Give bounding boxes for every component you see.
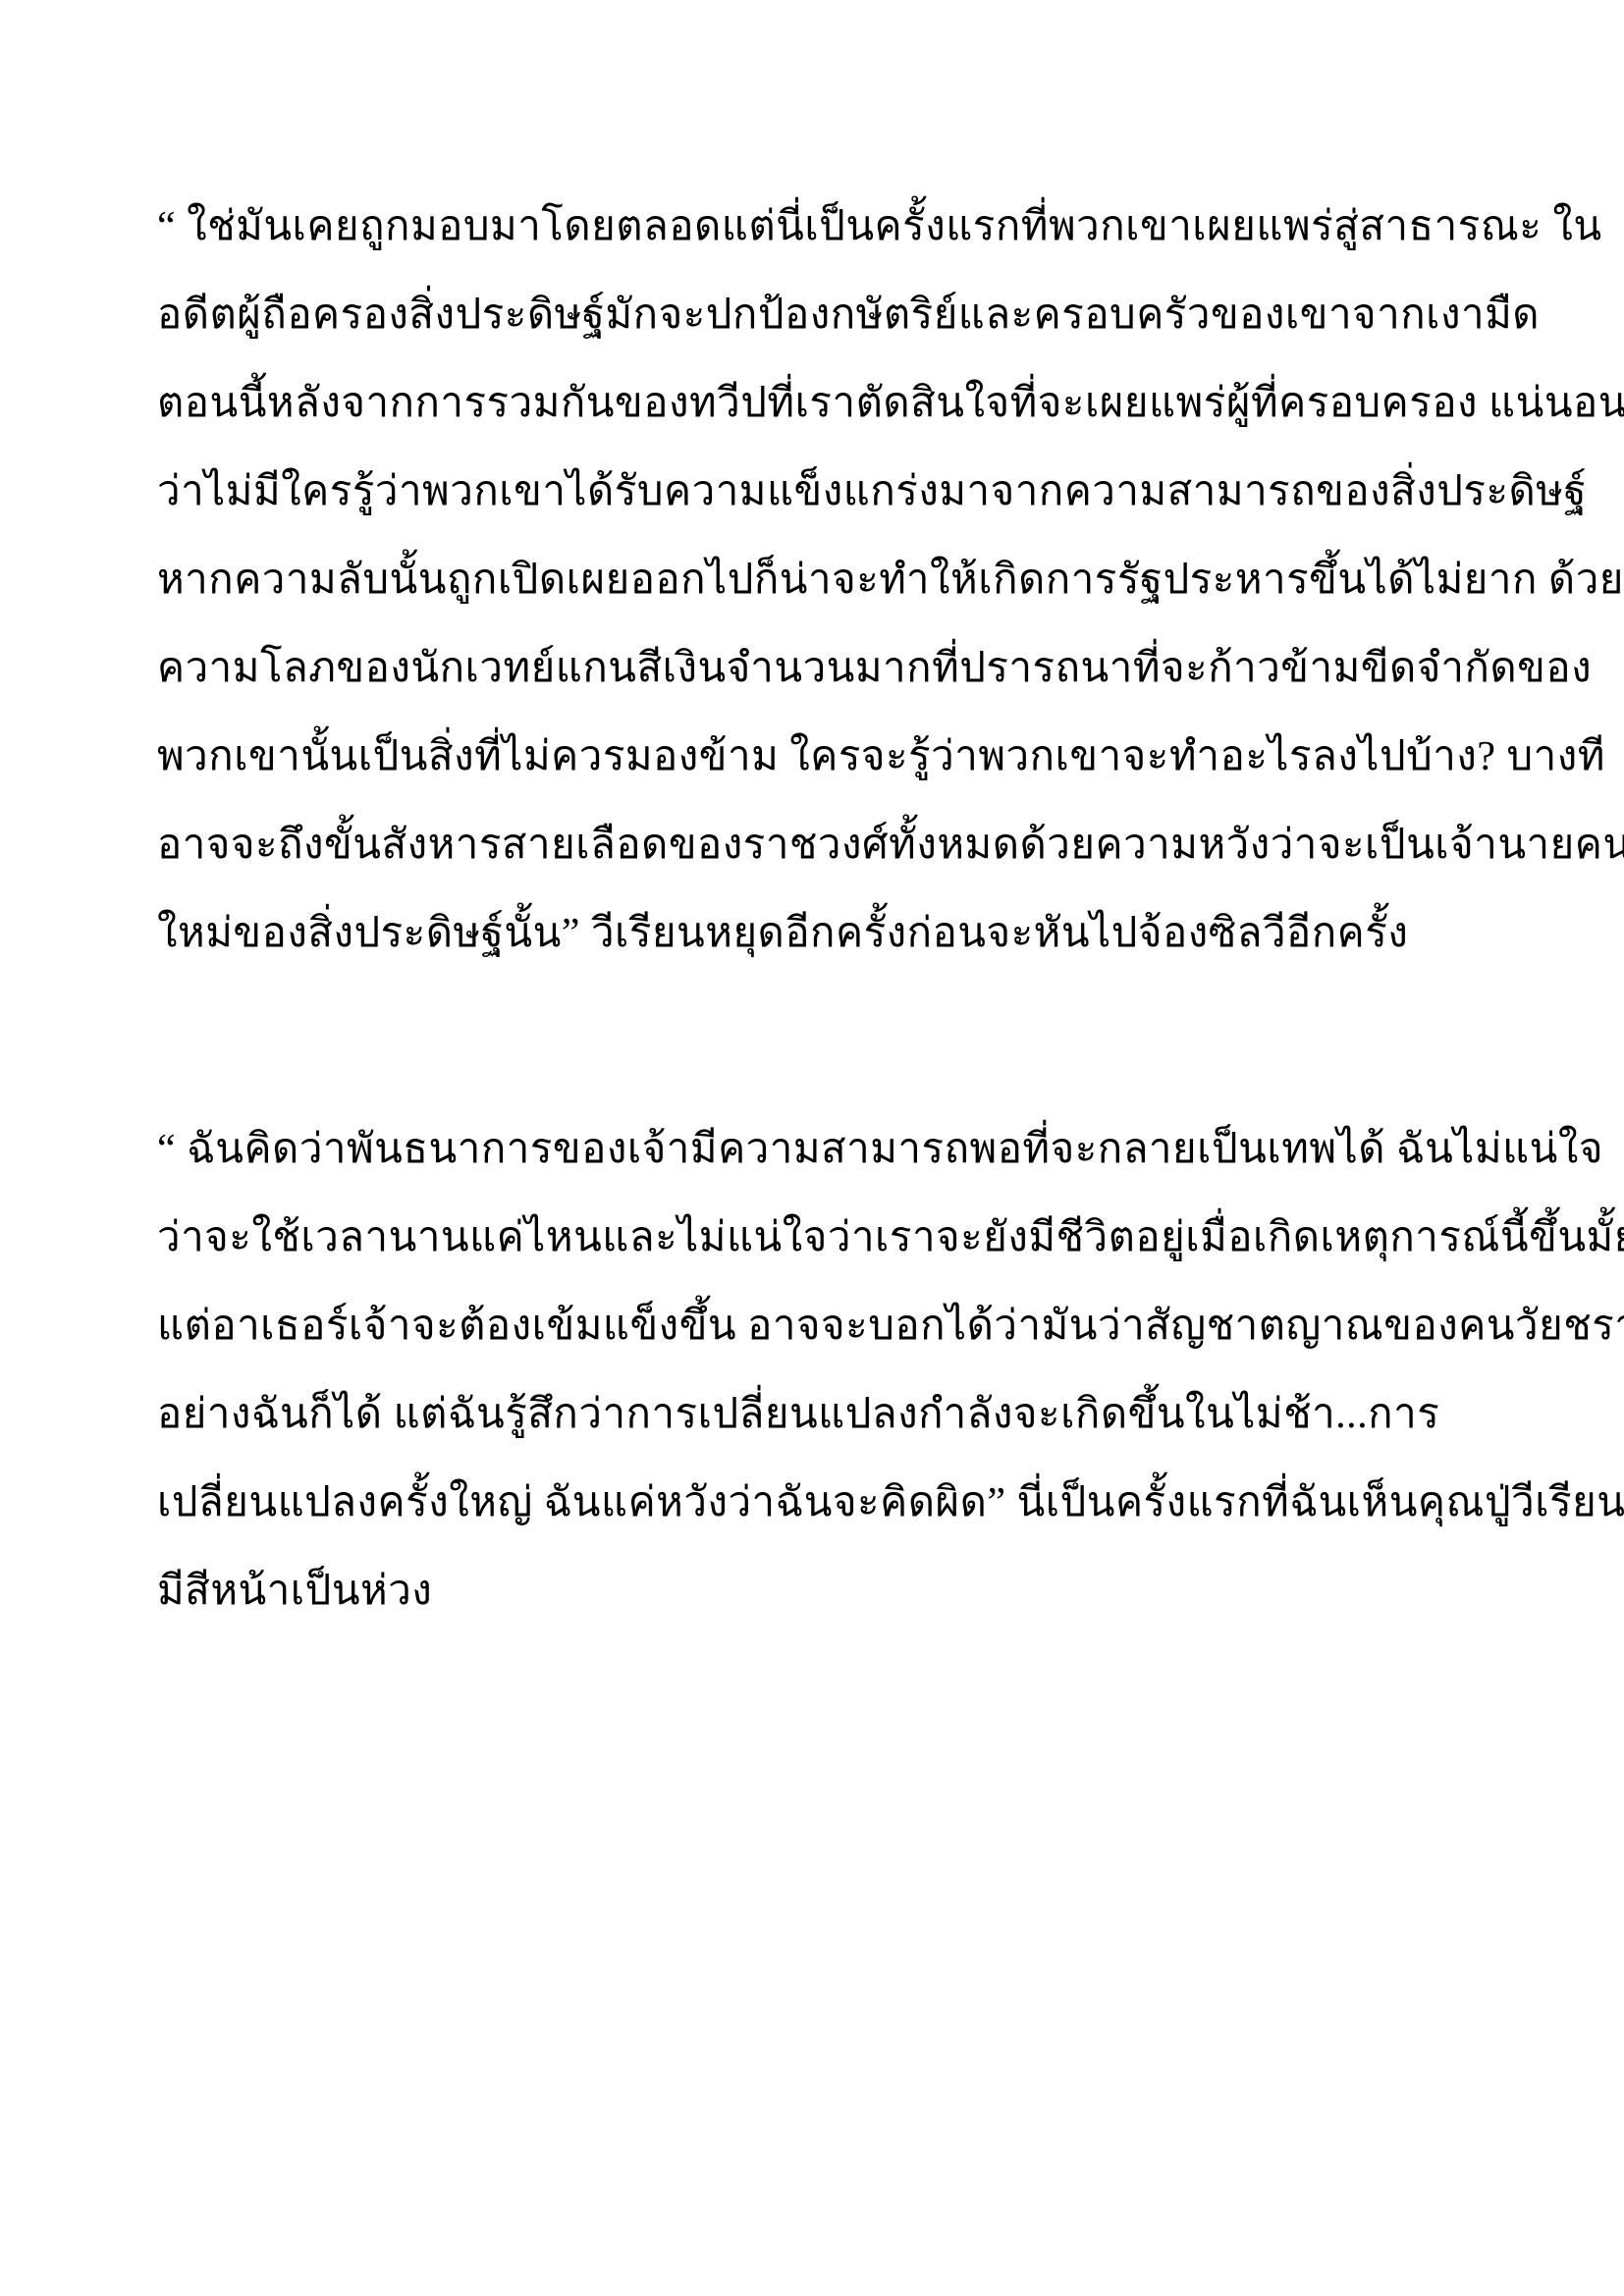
- document-page: “ ใช่มันเคยถูกมอบมาโดยตลอดแต่นี่เป็นครั้…: [0, 0, 1624, 2296]
- text-line: อาจจะถึงขั้นสังหารสายเลือดของราชวงศ์ทั้ง…: [157, 801, 1477, 889]
- text-line: ตอนนี้หลังจากการรวมกันของทวีปที่เราตัดสิ…: [157, 359, 1477, 448]
- text-line: อดีตผู้ถือครองสิ่งประดิษฐ์มักจะปกป้องกษั…: [157, 271, 1477, 359]
- text-line: ความโลภของนักเวทย์แกนสีเงินจำนวนมากที่ปร…: [157, 624, 1477, 713]
- text-line: “ ใช่มันเคยถูกมอบมาโดยตลอดแต่นี่เป็นครั้…: [157, 183, 1477, 271]
- text-line: พวกเขานั้นเป็นสิ่งที่ไม่ควรมองข้าม ใครจะ…: [157, 713, 1477, 801]
- text-line: เปลี่ยนแปลงครั้งใหญ่ ฉันแค่หวังว่าฉันจะค…: [157, 1459, 1477, 1547]
- text-line: ว่าไม่มีใครรู้ว่าพวกเขาได้รับความแข็งแกร…: [157, 448, 1477, 536]
- text-line: มีสีหน้าเป็นห่วง: [157, 1547, 1477, 1635]
- text-line: “ ฉันคิดว่าพันธนาการของเจ้ามีความสามารถพ…: [157, 1105, 1477, 1194]
- paragraph-1: “ ใช่มันเคยถูกมอบมาโดยตลอดแต่นี่เป็นครั้…: [157, 183, 1477, 978]
- text-line: ใหม่ของสิ่งประดิษฐ์นั้น” วีเรียนหยุดอีกค…: [157, 889, 1477, 978]
- text-line: ว่าจะใช้เวลานานแค่ไหนและไม่แน่ใจว่าเราจะ…: [157, 1194, 1477, 1282]
- paragraph-2: “ ฉันคิดว่าพันธนาการของเจ้ามีความสามารถพ…: [157, 1105, 1477, 1635]
- text-line: หากความลับนั้นถูกเปิดเผยออกไปก็น่าจะทำให…: [157, 536, 1477, 624]
- text-line: แต่อาเธอร์เจ้าจะต้องเข้มแข็งขึ้น อาจจะบอ…: [157, 1282, 1477, 1370]
- text-line: อย่างฉันก็ได้ แต่ฉันรู้สึกว่าการเปลี่ยนแ…: [157, 1370, 1477, 1459]
